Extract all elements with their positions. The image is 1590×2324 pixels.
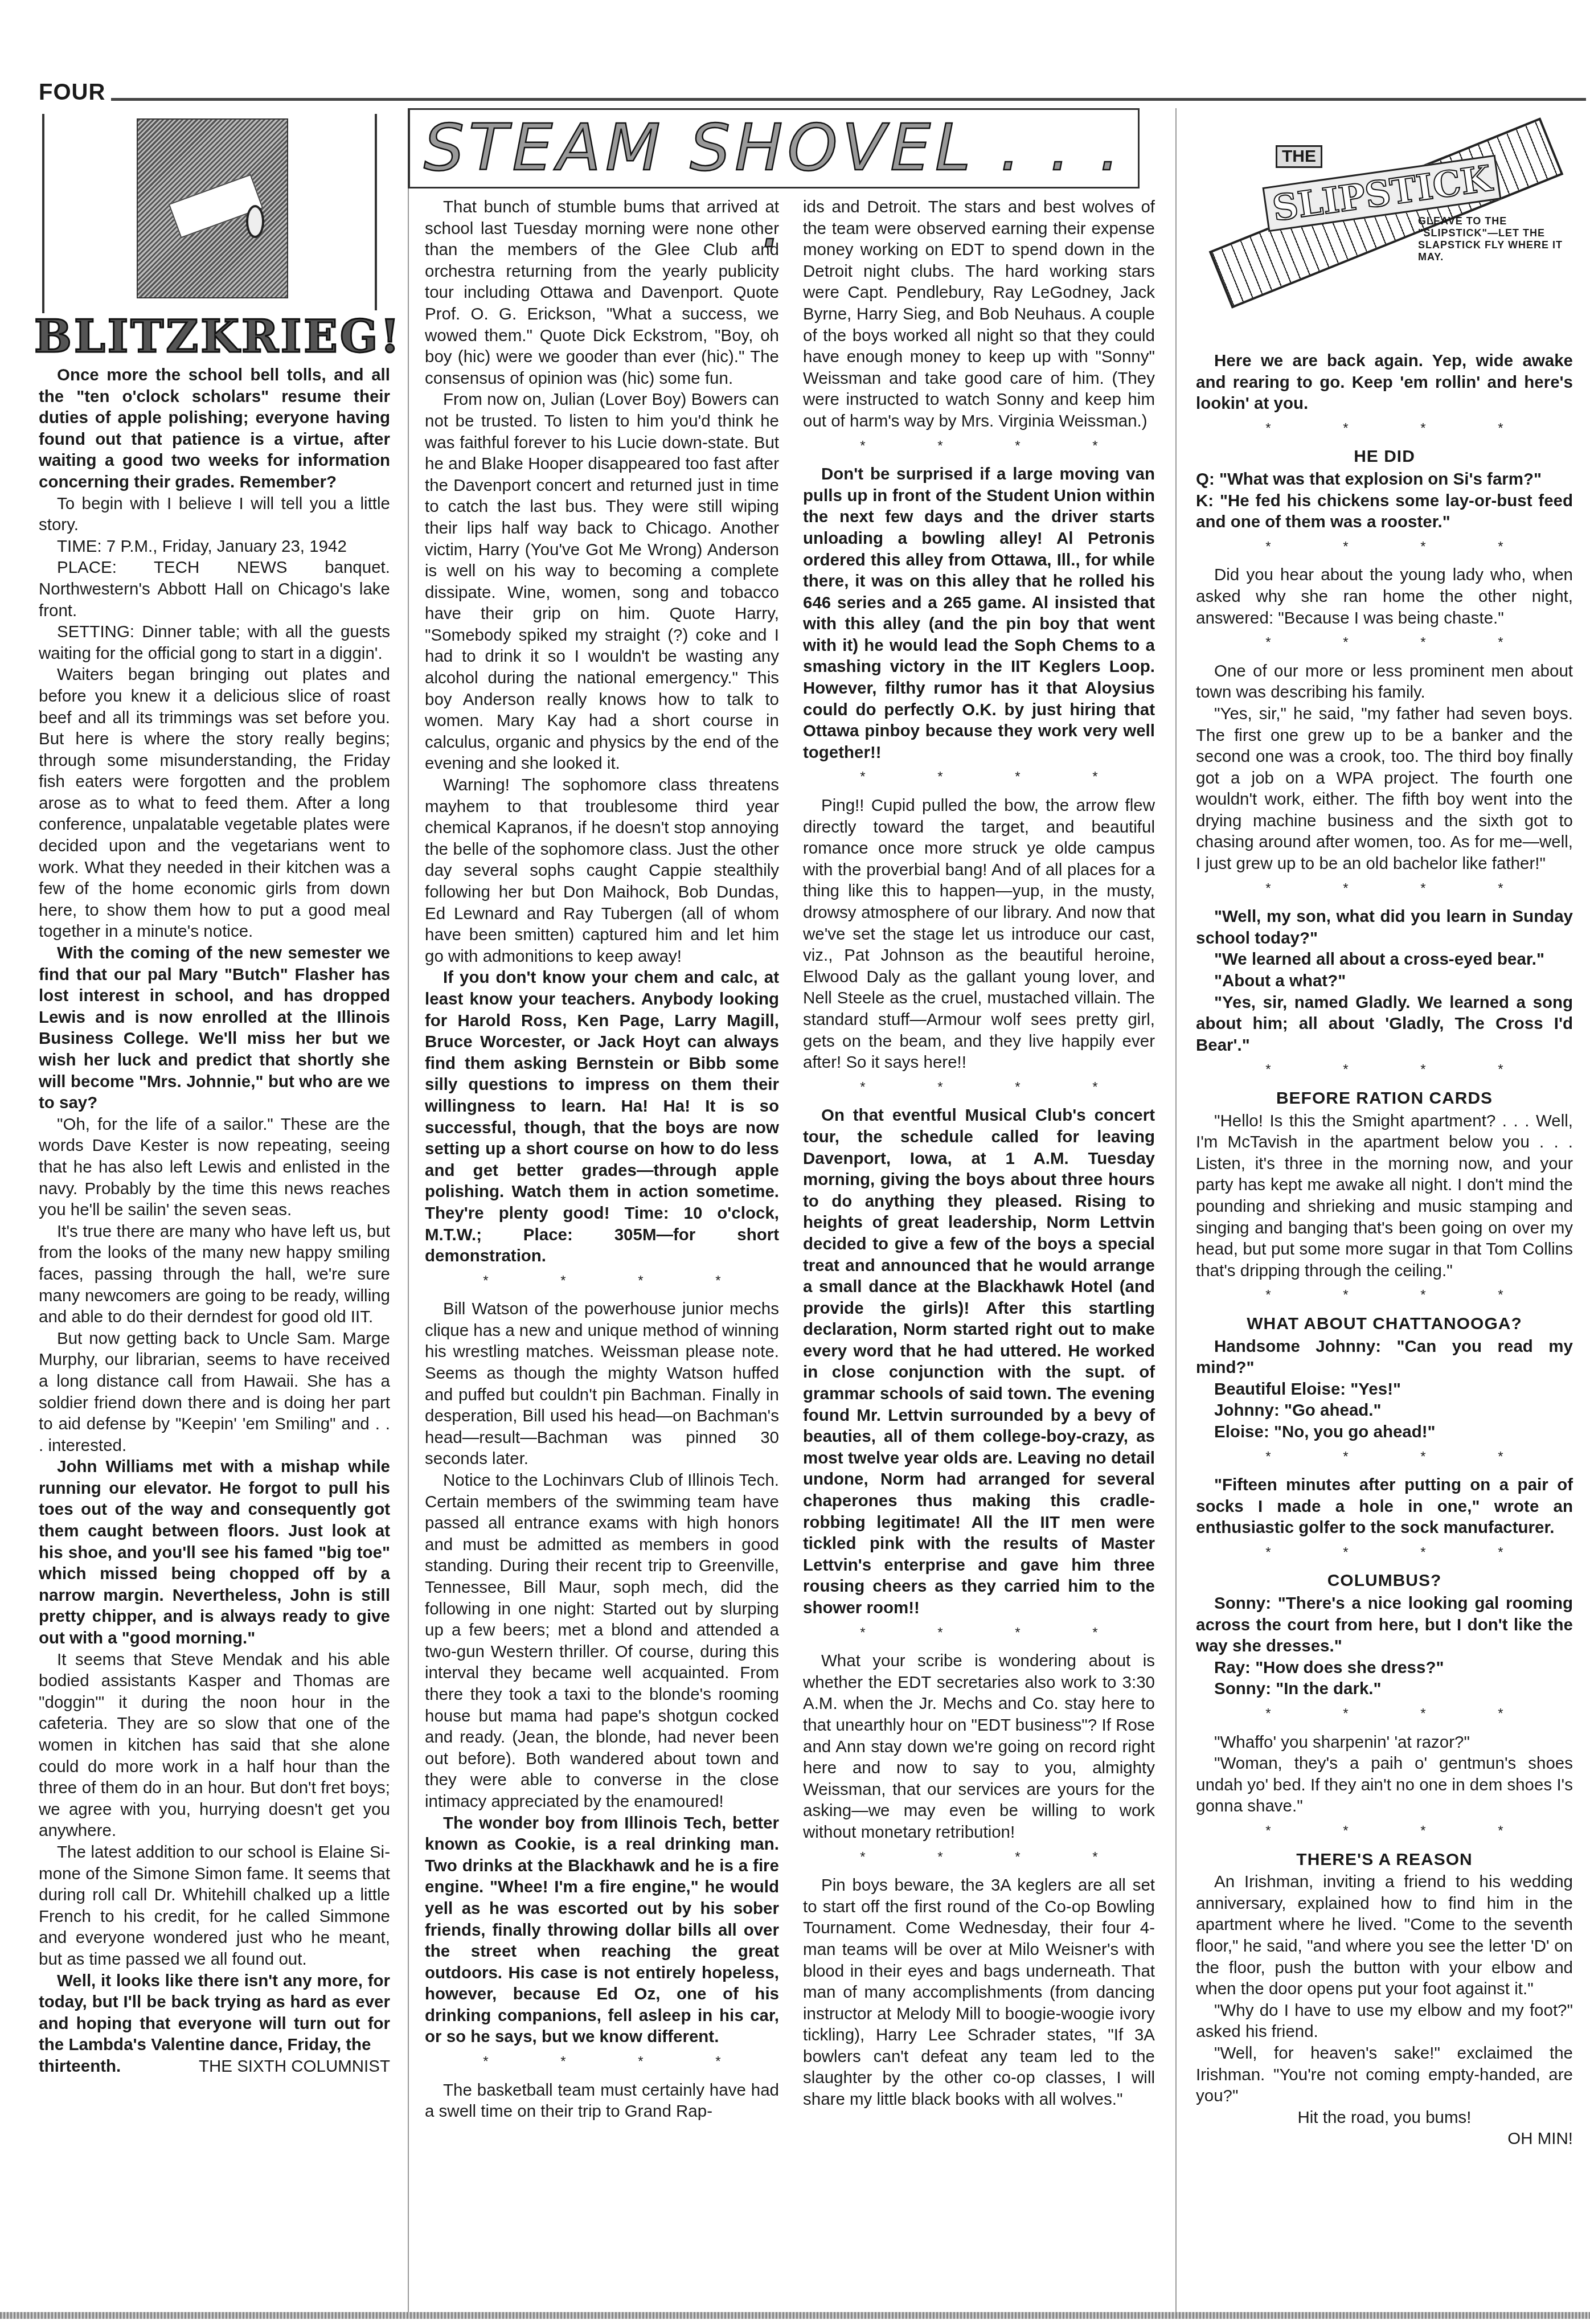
section-heading: BEFORE RATION CARDS [1196,1088,1573,1109]
section-divider-stars: * * * * [1196,1703,1573,1725]
blitzkrieg-column: Once more the school bell tolls, and all… [39,364,390,2077]
article-paragraph: TIME: 7 P.M., Friday, January 23, 1942 [39,536,390,558]
vertical-rule [42,114,44,313]
section-divider-stars: * * * * [425,1270,779,1292]
article-paragraph: One of our more or less prominent men ab… [1196,661,1573,703]
article-paragraph: Q: "What was that explosion on Si's farm… [1196,469,1573,490]
section-divider-stars: * * * * [1196,632,1573,654]
slipstick-logo: THE SLIPSTICK Gleave to the "Slipstick"—… [1202,114,1577,279]
ear-graphic [246,205,264,238]
article-paragraph: Once more the school bell tolls, and all… [39,364,390,493]
article-paragraph: "Fifteen minutes after putting on a pair… [1196,1474,1573,1539]
article-paragraph: Sonny: "In the dark." [1196,1678,1573,1700]
article-paragraph: Notice to the Lochinvars Club of Illinoi… [425,1470,779,1813]
slipstick-column: Here we are back again. Yep, wide awake … [1196,350,1573,2150]
article-paragraph: Pin boys beware, the 3A keglers are all … [803,1875,1155,2110]
section-divider-stars: * * * * [803,1077,1155,1099]
article-paragraph: What your scribe is wondering about is w… [803,1650,1155,1843]
article-paragraph: "Hello! Is this the Smight apartment? . … [1196,1110,1573,1282]
slipstick-logo-the: THE [1276,145,1322,168]
vertical-rule [375,114,377,310]
article-paragraph: Eloise: "No, you go ahead!" [1196,1421,1573,1443]
article-paragraph: OH MIN! [1196,2128,1573,2150]
article-paragraph: SETTING: Dinner table; with all the gues… [39,621,390,664]
article-paragraph: That bunch of stumble bums that arrived … [425,196,779,389]
section-divider-stars: * * * * [1196,1285,1573,1306]
article-paragraph: The basketball team must certainly have … [425,2080,779,2122]
section-heading: WHAT ABOUT CHATTANOOGA? [1196,1313,1573,1335]
article-paragraph: Handsome Johnny: "Can you read my mind?" [1196,1336,1573,1379]
article-paragraph: Beautiful Eloise: "Yes!" [1196,1379,1573,1400]
article-paragraph: "Whaffo' you sharpenin' 'at razor?" [1196,1732,1573,1753]
blitzkrieg-title: BLITZKRIEG! [34,311,387,363]
article-paragraph: An Irishman, inviting a friend to his we… [1196,1871,1573,2000]
author-signature: THE SIXTH COLUMNIST [199,2056,390,2077]
steam-shovel-header: STEAM SHOVEL . . . . [408,108,1140,188]
steam-shovel-column-1: That bunch of stumble bums that arrived … [425,196,779,2122]
article-paragraph: Sonny: "There's a nice looking gal roomi… [1196,1593,1573,1657]
article-paragraph: "Woman, they's a paih o' gentmun's shoes… [1196,1753,1573,1817]
section-divider-stars: * * * * [1196,1446,1573,1468]
article-paragraph: From now on, Julian (Lover Boy) Bowers c… [425,389,779,774]
article-paragraph: K: "He fed his chickens some lay-or-bust… [1196,490,1573,533]
top-rule [111,98,1586,101]
article-paragraph: Waiters began bringing out plates and be… [39,664,390,942]
section-divider-stars: * * * * [1196,1821,1573,1842]
article-paragraph: "Yes, sir," he said, "my father had seve… [1196,703,1573,875]
section-divider-stars: * * * * [803,436,1155,457]
section-divider-stars: * * * * [1196,418,1573,440]
article-paragraph: "Well, my son, what did you learn in Sun… [1196,906,1573,949]
section-divider-stars: * * * * [1196,878,1573,900]
section-heading: HE DID [1196,446,1573,468]
vertical-rule [1175,108,1177,2312]
article-paragraph: Hit the road, you bums! [1196,2107,1573,2129]
article-paragraph: "Why do I have to use my elbow and my fo… [1196,2000,1573,2043]
article-paragraph: The wonder boy from Illinois Tech, bette… [425,1813,779,2048]
article-paragraph: It's true there are many who have left u… [39,1221,390,1328]
article-paragraph: Here we are back again. Yep, wide awake … [1196,350,1573,415]
article-paragraph: "Well, for heaven's sake!" exclaimed the… [1196,2043,1573,2107]
article-paragraph: Warning! The sophomore class threatens m… [425,774,779,967]
article-paragraph: Did you hear about the young lady who, w… [1196,564,1573,629]
section-divider-stars: * * * * [1196,1059,1573,1081]
article-paragraph: With the coming of the new semester we f… [39,942,390,1114]
section-heading: COLUMBUS? [1196,1570,1573,1592]
article-paragraph: "Oh, for the life of a sailor." These ar… [39,1114,390,1221]
section-divider-stars: * * * * [1196,1542,1573,1564]
article-paragraph: If you don't know your chem and calc, at… [425,967,779,1266]
article-paragraph: Ray: "How does she dress?" [1196,1657,1573,1679]
article-paragraph: "About a what?" [1196,970,1573,992]
closing-word: thirteenth. [39,2056,121,2077]
section-divider-stars: * * * * [425,2051,779,2073]
article-paragraph: On that eventful Musical Club's concert … [803,1105,1155,1618]
steam-shovel-column-2: ids and Detroit. The stars and best wolv… [803,196,1155,2110]
slipstick-motto: Gleave to the "Slipstick"—let the slapst… [1418,215,1572,263]
page-number: FOUR [39,80,105,105]
article-paragraph: Well, it looks like there isn't any more… [39,1970,390,2056]
section-heading: THERE'S A REASON [1196,1849,1573,1871]
blitzkrieg-illustration [137,118,288,298]
article-paragraph: Johnny: "Go ahead." [1196,1400,1573,1421]
bottom-rule [0,2312,1590,2319]
article-paragraph: But now getting back to Uncle Sam. Marge… [39,1328,390,1457]
article-paragraph: Ping!! Cupid pulled the bow, the arrow f… [803,795,1155,1073]
section-divider-stars: * * * * [803,1622,1155,1644]
article-paragraph: "We learned all about a cross-eyed bear.… [1196,949,1573,970]
article-paragraph: "Yes, sir, named Gladly. We learned a so… [1196,992,1573,1056]
section-divider-stars: * * * * [1196,536,1573,558]
byline: thirteenth.THE SIXTH COLUMNIST [39,2056,390,2077]
article-paragraph: John Williams met with a mishap while ru… [39,1456,390,1649]
article-paragraph: ids and Detroit. The stars and best wolv… [803,196,1155,432]
article-paragraph: Bill Watson of the powerhouse junior mec… [425,1298,779,1470]
article-paragraph: To begin with I believe I will tell you … [39,493,390,536]
article-paragraph: PLACE: TECH NEWS banquet. Northwestern's… [39,557,390,621]
article-paragraph: Don't be surprised if a large moving van… [803,464,1155,763]
section-divider-stars: * * * * [803,767,1155,788]
article-paragraph: It seems that Steve Mendak and his able … [39,1649,390,1842]
vertical-rule [408,108,409,2312]
article-paragraph: The latest addition to our school is Ela… [39,1842,390,1970]
section-divider-stars: * * * * [803,1847,1155,1868]
